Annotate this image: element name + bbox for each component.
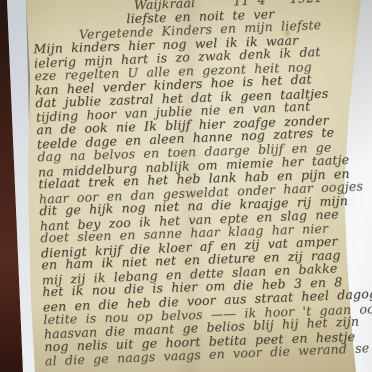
handwritten-text: Waijkraal11 41921 liefste en noit te ver…: [30, 0, 372, 372]
photo-of-handwritten-letter: Waijkraal11 41921 liefste en noit te ver…: [0, 0, 372, 372]
